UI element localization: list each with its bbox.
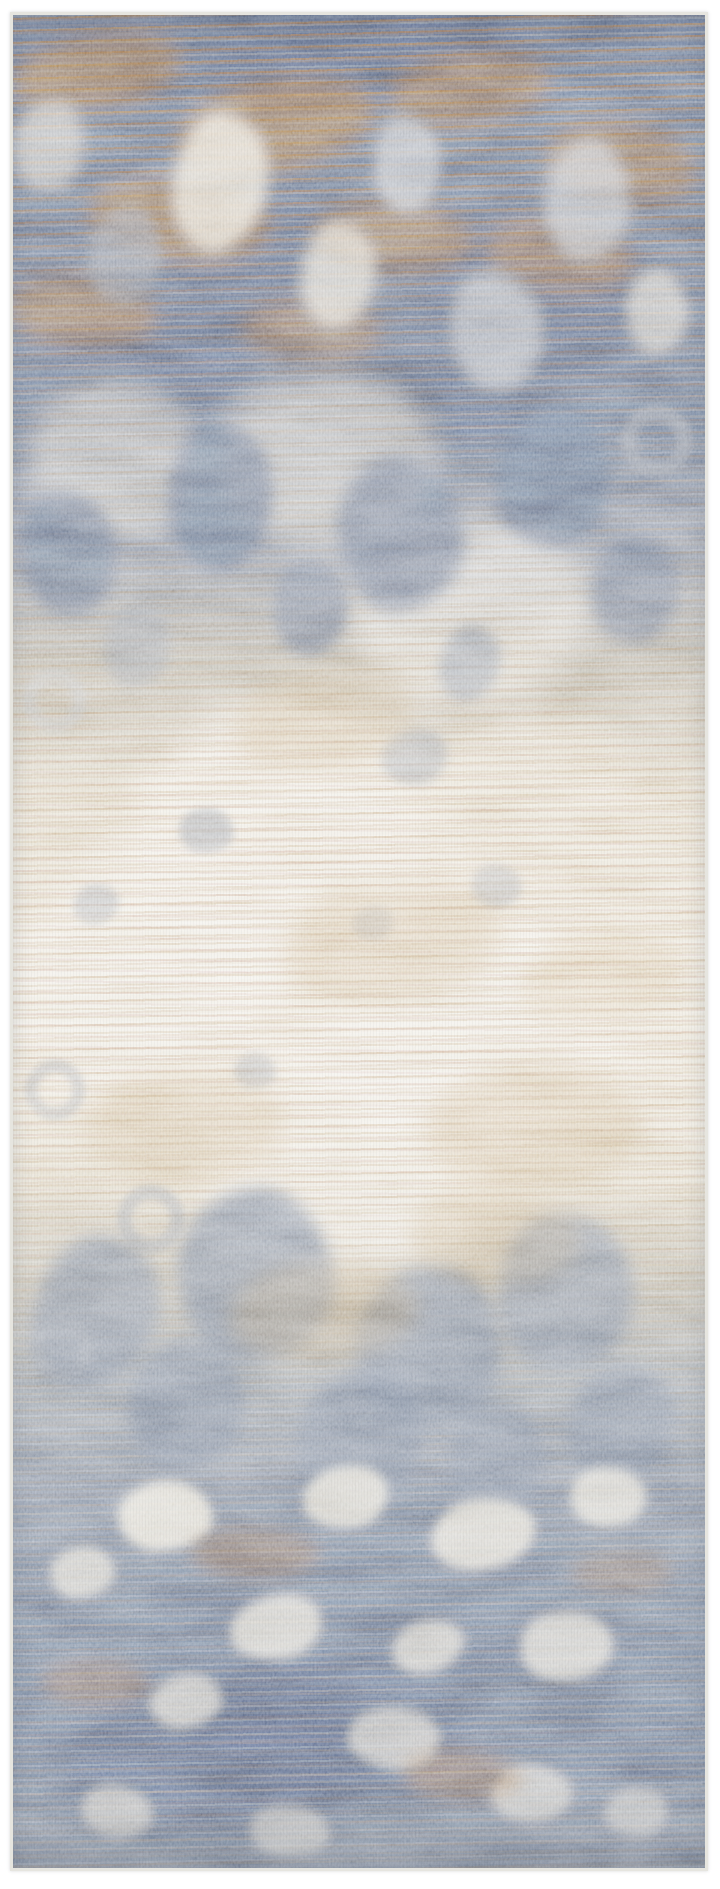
rug-product-photo <box>0 0 720 1889</box>
runner-rug <box>10 12 708 1871</box>
rug-vignette-shading <box>13 15 705 1868</box>
